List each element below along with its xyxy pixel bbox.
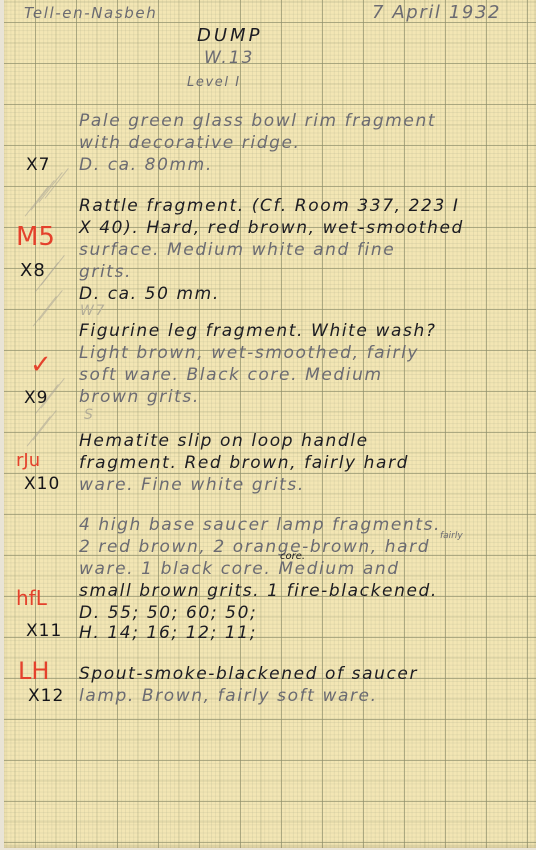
entry-line: grits.: [79, 264, 132, 281]
faint-note: W7: [80, 304, 106, 318]
red-margin-mark: M5: [16, 224, 55, 250]
margin-slash-mark: [31, 180, 55, 211]
entry-line: 4 high base saucer lamp fragments.: [79, 517, 441, 534]
entry-line: Figurine leg fragment. White wash?: [79, 323, 436, 340]
entry-line: Pale green glass bowl rim fragment: [79, 113, 436, 130]
entry-line: H. 14; 16; 12; 11;: [79, 625, 257, 642]
insertion-note: core.: [280, 552, 305, 562]
entry-line: with decorative ridge.: [79, 135, 301, 152]
entry-line: D. ca. 50 mm.: [79, 286, 220, 303]
entry-line: Light brown, wet-smoothed, fairly: [79, 345, 419, 362]
entry-line: soft ware. Black core. Medium: [79, 367, 383, 384]
catalog-number: X7: [26, 157, 50, 174]
insertion-note: fairly: [440, 532, 463, 541]
catalog-number: X9: [24, 390, 48, 407]
catalog-number: X11: [26, 623, 62, 640]
red-margin-mark: hfL: [16, 588, 47, 608]
entry-line: small brown grits. 1 fire-blackened.: [79, 583, 438, 600]
catalog-number: X8: [20, 262, 46, 280]
margin-slash-mark: [25, 186, 49, 217]
catalog-number: X10: [24, 476, 60, 493]
record-card: Tell-en-Nasbeh 7 April 1932 DUMP W.13 Le…: [4, 0, 536, 848]
entry-line: Hematite slip on loop handle: [79, 433, 369, 450]
margin-slash-mark: [27, 416, 51, 447]
entry-line: D. ca. 80mm.: [79, 157, 213, 174]
entry-line: brown grits.: [79, 389, 200, 406]
entry-line: Rattle fragment. (Cf. Room 337, 223 I: [79, 198, 460, 215]
margin-slash-mark: [39, 290, 63, 321]
catalog-number: X12: [28, 688, 64, 705]
locus-title: DUMP: [197, 27, 262, 45]
entry-line: Spout-smoke-blackened of saucer: [79, 666, 418, 683]
entry-line: surface. Medium white and fine: [79, 242, 395, 259]
entry-line: fragment. Red brown, fairly hard: [79, 455, 409, 472]
red-margin-mark: LH: [18, 659, 49, 683]
locus-code: W.13: [204, 50, 254, 67]
level-label: Level I: [187, 76, 241, 89]
margin-slash-mark: [33, 410, 57, 441]
site-name: Tell-en-Nasbeh: [24, 6, 157, 21]
margin-slash-mark: [39, 172, 63, 203]
entry-line: X 40). Hard, red brown, wet-smoothed: [79, 220, 464, 237]
entry-line: D. 55; 50; 60; 50;: [79, 605, 257, 622]
entry-line: 2 red brown, 2 orange-brown, hard: [79, 539, 430, 556]
faint-note: S: [84, 408, 95, 422]
record-date: 7 April 1932: [372, 4, 501, 22]
red-checkmark: ✓: [30, 352, 52, 378]
entry-line: lamp. Brown, fairly soft ware.: [79, 688, 378, 705]
margin-slash-mark: [33, 296, 57, 327]
entry-line: ware. 1 black core. Medium and: [79, 561, 400, 578]
red-margin-mark: rJu: [16, 452, 40, 470]
entry-line: ware. Fine white grits.: [79, 477, 305, 494]
